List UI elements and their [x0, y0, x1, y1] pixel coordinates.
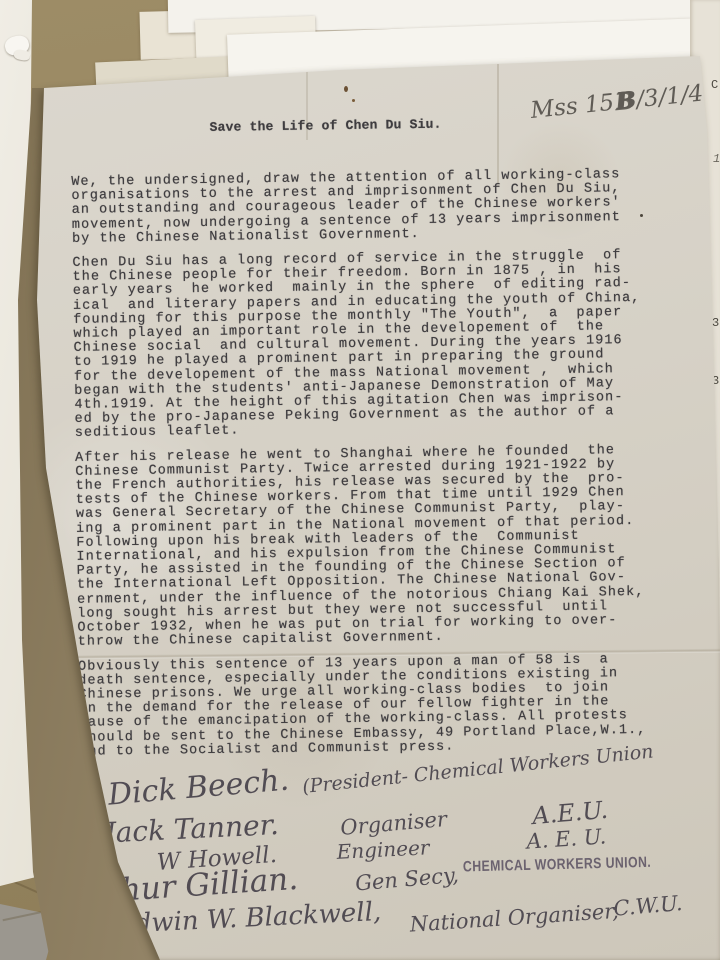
- paragraph: Obviously this sentence of 13 years upon…: [78, 652, 669, 760]
- paragraph: We, the undersigned, draw the attention …: [71, 168, 662, 247]
- signature-role: Gen Secy,: [354, 863, 459, 896]
- paragraph: After his release he went to Shanghai wh…: [75, 443, 668, 650]
- document-body: We, the undersigned, draw the attention …: [71, 168, 669, 770]
- document-photo: Mss 15B/3/1/4 Save the Life of Chen Du S…: [0, 0, 720, 960]
- signature-org: A. E. U.: [526, 824, 607, 853]
- signature-org: C.W.U.: [613, 891, 684, 921]
- document-title: Save the Life of Chen Du Siu.: [209, 117, 441, 135]
- signature-role: Organiser: [339, 807, 447, 840]
- document-content: Mss 15B/3/1/4 Save the Life of Chen Du S…: [0, 0, 720, 960]
- signature-role: Engineer: [336, 835, 430, 864]
- archive-reference-suffix: /3/1/4: [635, 81, 704, 114]
- chemical-workers-union-stamp: CHEMICAL WORKERS UNION.: [463, 854, 652, 876]
- archive-reference: Mss 15B/3/1/4: [529, 80, 704, 124]
- archive-reference-overwritten-letter: B: [615, 86, 637, 115]
- archive-reference-prefix: Mss 15: [529, 90, 615, 124]
- signature-name: Dick Beech.: [107, 763, 291, 813]
- document-sheet: Mss 15B/3/1/4 Save the Life of Chen Du S…: [0, 0, 720, 960]
- paragraph: Chen Du Siu has a long record of service…: [72, 249, 665, 442]
- signature-role: National Organiser,: [409, 899, 619, 937]
